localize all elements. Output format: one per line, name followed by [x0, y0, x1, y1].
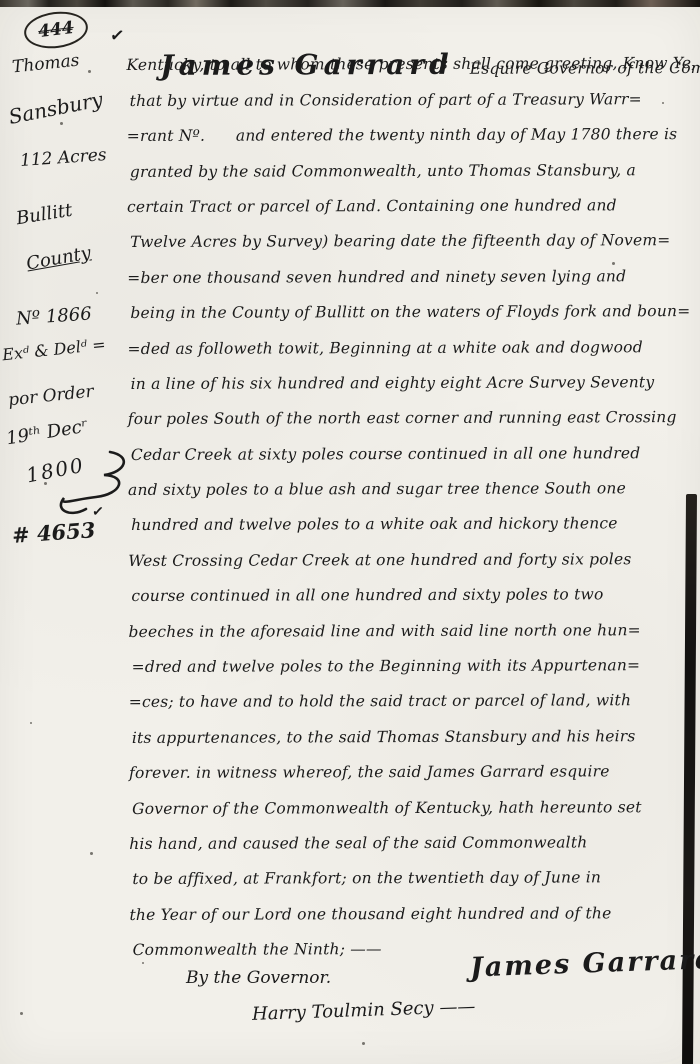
ink-speck — [582, 62, 584, 64]
ink-speck — [612, 262, 615, 265]
body-line: Cedar Creek at sixty poles course contin… — [131, 436, 697, 473]
body-line: granted by the said Commonwealth, unto T… — [130, 153, 696, 190]
body-line: West Crossing Cedar Creek at one hundred… — [128, 542, 694, 579]
margin-warrant-number: Nº 1866 — [15, 303, 92, 329]
ink-speck — [44, 482, 47, 485]
margin-per-order-note: por Order — [7, 382, 94, 411]
body-line: to be affixed, at Frankfort; on the twen… — [132, 860, 698, 897]
margin-grantee-last: Sansbury — [7, 87, 105, 129]
ink-speck — [60, 122, 63, 125]
body-line: that by virtue and in Consideration of p… — [130, 82, 696, 119]
ink-speck — [242, 172, 244, 174]
body-line: hundred and twelve poles to a white oak … — [131, 506, 697, 543]
margin-executed-note: Exᵈ & Delᵈ = — [1, 335, 106, 365]
margin-county-line1: Bullitt — [15, 200, 74, 230]
body-line-text: Esquire Governor of the Commonwealth of — [470, 59, 700, 78]
check-mark-icon: ✓ — [109, 25, 126, 47]
margin-acreage: 112 Acres — [19, 145, 107, 171]
page-number-oval: 444 — [22, 8, 90, 52]
body-line: Twelve Acres by Survey) bearing date the… — [130, 223, 696, 260]
page-number: 444 — [37, 18, 75, 42]
body-line: =ded as followeth towit, Beginning at a … — [127, 330, 693, 367]
body-line: =rant Nº. and entered the twenty ninth d… — [127, 117, 693, 154]
body-line: =ber one thousand seven hundred and nine… — [127, 259, 693, 296]
ink-speck — [20, 1012, 23, 1015]
ink-speck — [30, 722, 32, 724]
governor-name-display: James Garrard — [160, 48, 453, 82]
deed-body-text: James GarrardEsquire Governor of the Com… — [126, 11, 695, 969]
body-line: beeches in the aforesaid line and with s… — [128, 613, 694, 650]
margin-file-number: # 4653 — [11, 517, 96, 548]
margin-county-line2: County — [25, 242, 93, 274]
ink-speck — [88, 70, 91, 73]
body-line: course continued in all one hundred and … — [131, 577, 697, 614]
secretary-signature: Harry Toulmin Secy —— — [252, 996, 476, 1025]
body-line: being in the County of Bullitt on the wa… — [130, 294, 696, 331]
body-line: its appurtenances, to the said Thomas St… — [132, 719, 698, 756]
by-the-governor-line: By the Governor. — [186, 968, 331, 988]
body-line: in a line of his six hundred and eighty … — [131, 365, 697, 402]
body-line: the Year of our Lord one thousand eight … — [129, 896, 695, 933]
margin-grantee-first: Thomas — [11, 51, 80, 78]
ink-speck — [362, 1042, 365, 1045]
ink-speck — [142, 962, 144, 964]
body-line: =ces; to have and to hold the said tract… — [129, 683, 695, 720]
body-line: certain Tract or parcel of Land. Contain… — [127, 188, 693, 225]
body-line: and sixty poles to a blue ash and sugar … — [128, 471, 694, 508]
scanned-land-grant-page: 444 ✓ Thomas Sansbury 112 Acres Bullitt … — [0, 0, 700, 1064]
ink-speck — [96, 292, 98, 294]
margin-execution-date-day: 19ᵗʰ Decʳ — [5, 416, 90, 450]
body-line: his hand, and caused the seal of the sai… — [129, 825, 695, 862]
body-line: forever. in witness whereof, the said Ja… — [129, 754, 695, 791]
body-line: Governor of the Commonwealth of Kentucky… — [132, 790, 698, 827]
ink-speck — [90, 852, 93, 855]
scan-top-edge — [0, 0, 700, 7]
body-line: four poles South of the north east corne… — [128, 400, 694, 437]
body-line: =dred and twelve poles to the Beginning … — [132, 648, 698, 685]
ink-speck — [662, 102, 664, 104]
body-line: James GarrardEsquire Governor of the Com… — [129, 11, 695, 48]
